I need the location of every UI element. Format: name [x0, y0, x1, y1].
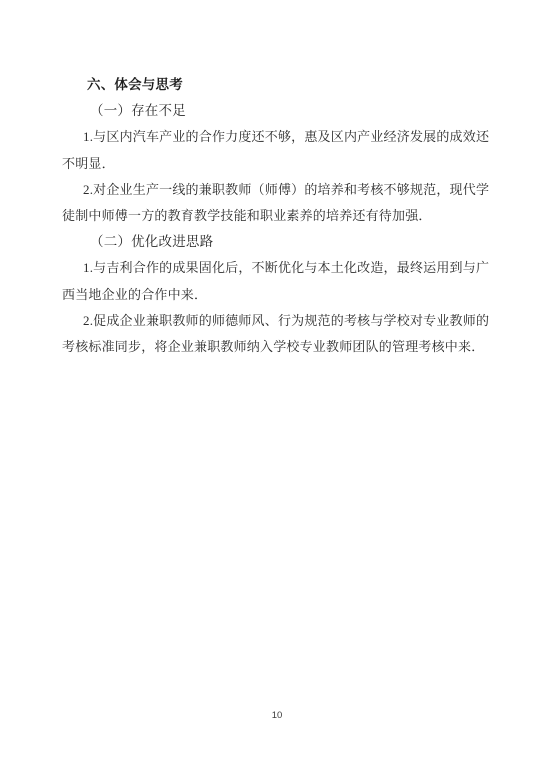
paragraph-line: 不明显．	[62, 151, 494, 177]
paragraph-line: 1.与吉利合作的成果固化后，不断优化与本土化改造，最终运用到与广	[62, 255, 494, 281]
paragraph-line: 1.与区内汽车产业的合作力度还不够，惠及区内产业经济发展的成效还	[62, 124, 494, 150]
paragraph-line: 2.促成企业兼职教师的师德师风、行为规范的考核与学校对专业教师的	[62, 308, 494, 334]
subsection-heading-2: （二）优化改进思路	[62, 229, 494, 255]
paragraph-line: 徒制中师傅一方的教育教学技能和职业素养的培养还有待加强．	[62, 203, 494, 229]
subsection-heading-1: （一）存在不足	[62, 98, 494, 124]
document-content: 六、体会与思考 （一）存在不足 1.与区内汽车产业的合作力度还不够，惠及区内产业…	[62, 72, 494, 360]
section-heading: 六、体会与思考	[62, 72, 494, 98]
paragraph-line: 西当地企业的合作中来．	[62, 282, 494, 308]
document-page: 六、体会与思考 （一）存在不足 1.与区内汽车产业的合作力度还不够，惠及区内产业…	[0, 0, 554, 784]
paragraph-line: 考核标准同步，将企业兼职教师纳入学校专业教师团队的管理考核中来．	[62, 334, 494, 360]
page-number: 10	[0, 709, 554, 723]
paragraph-line: 2.对企业生产一线的兼职教师（师傅）的培养和考核不够规范，现代学	[62, 177, 494, 203]
